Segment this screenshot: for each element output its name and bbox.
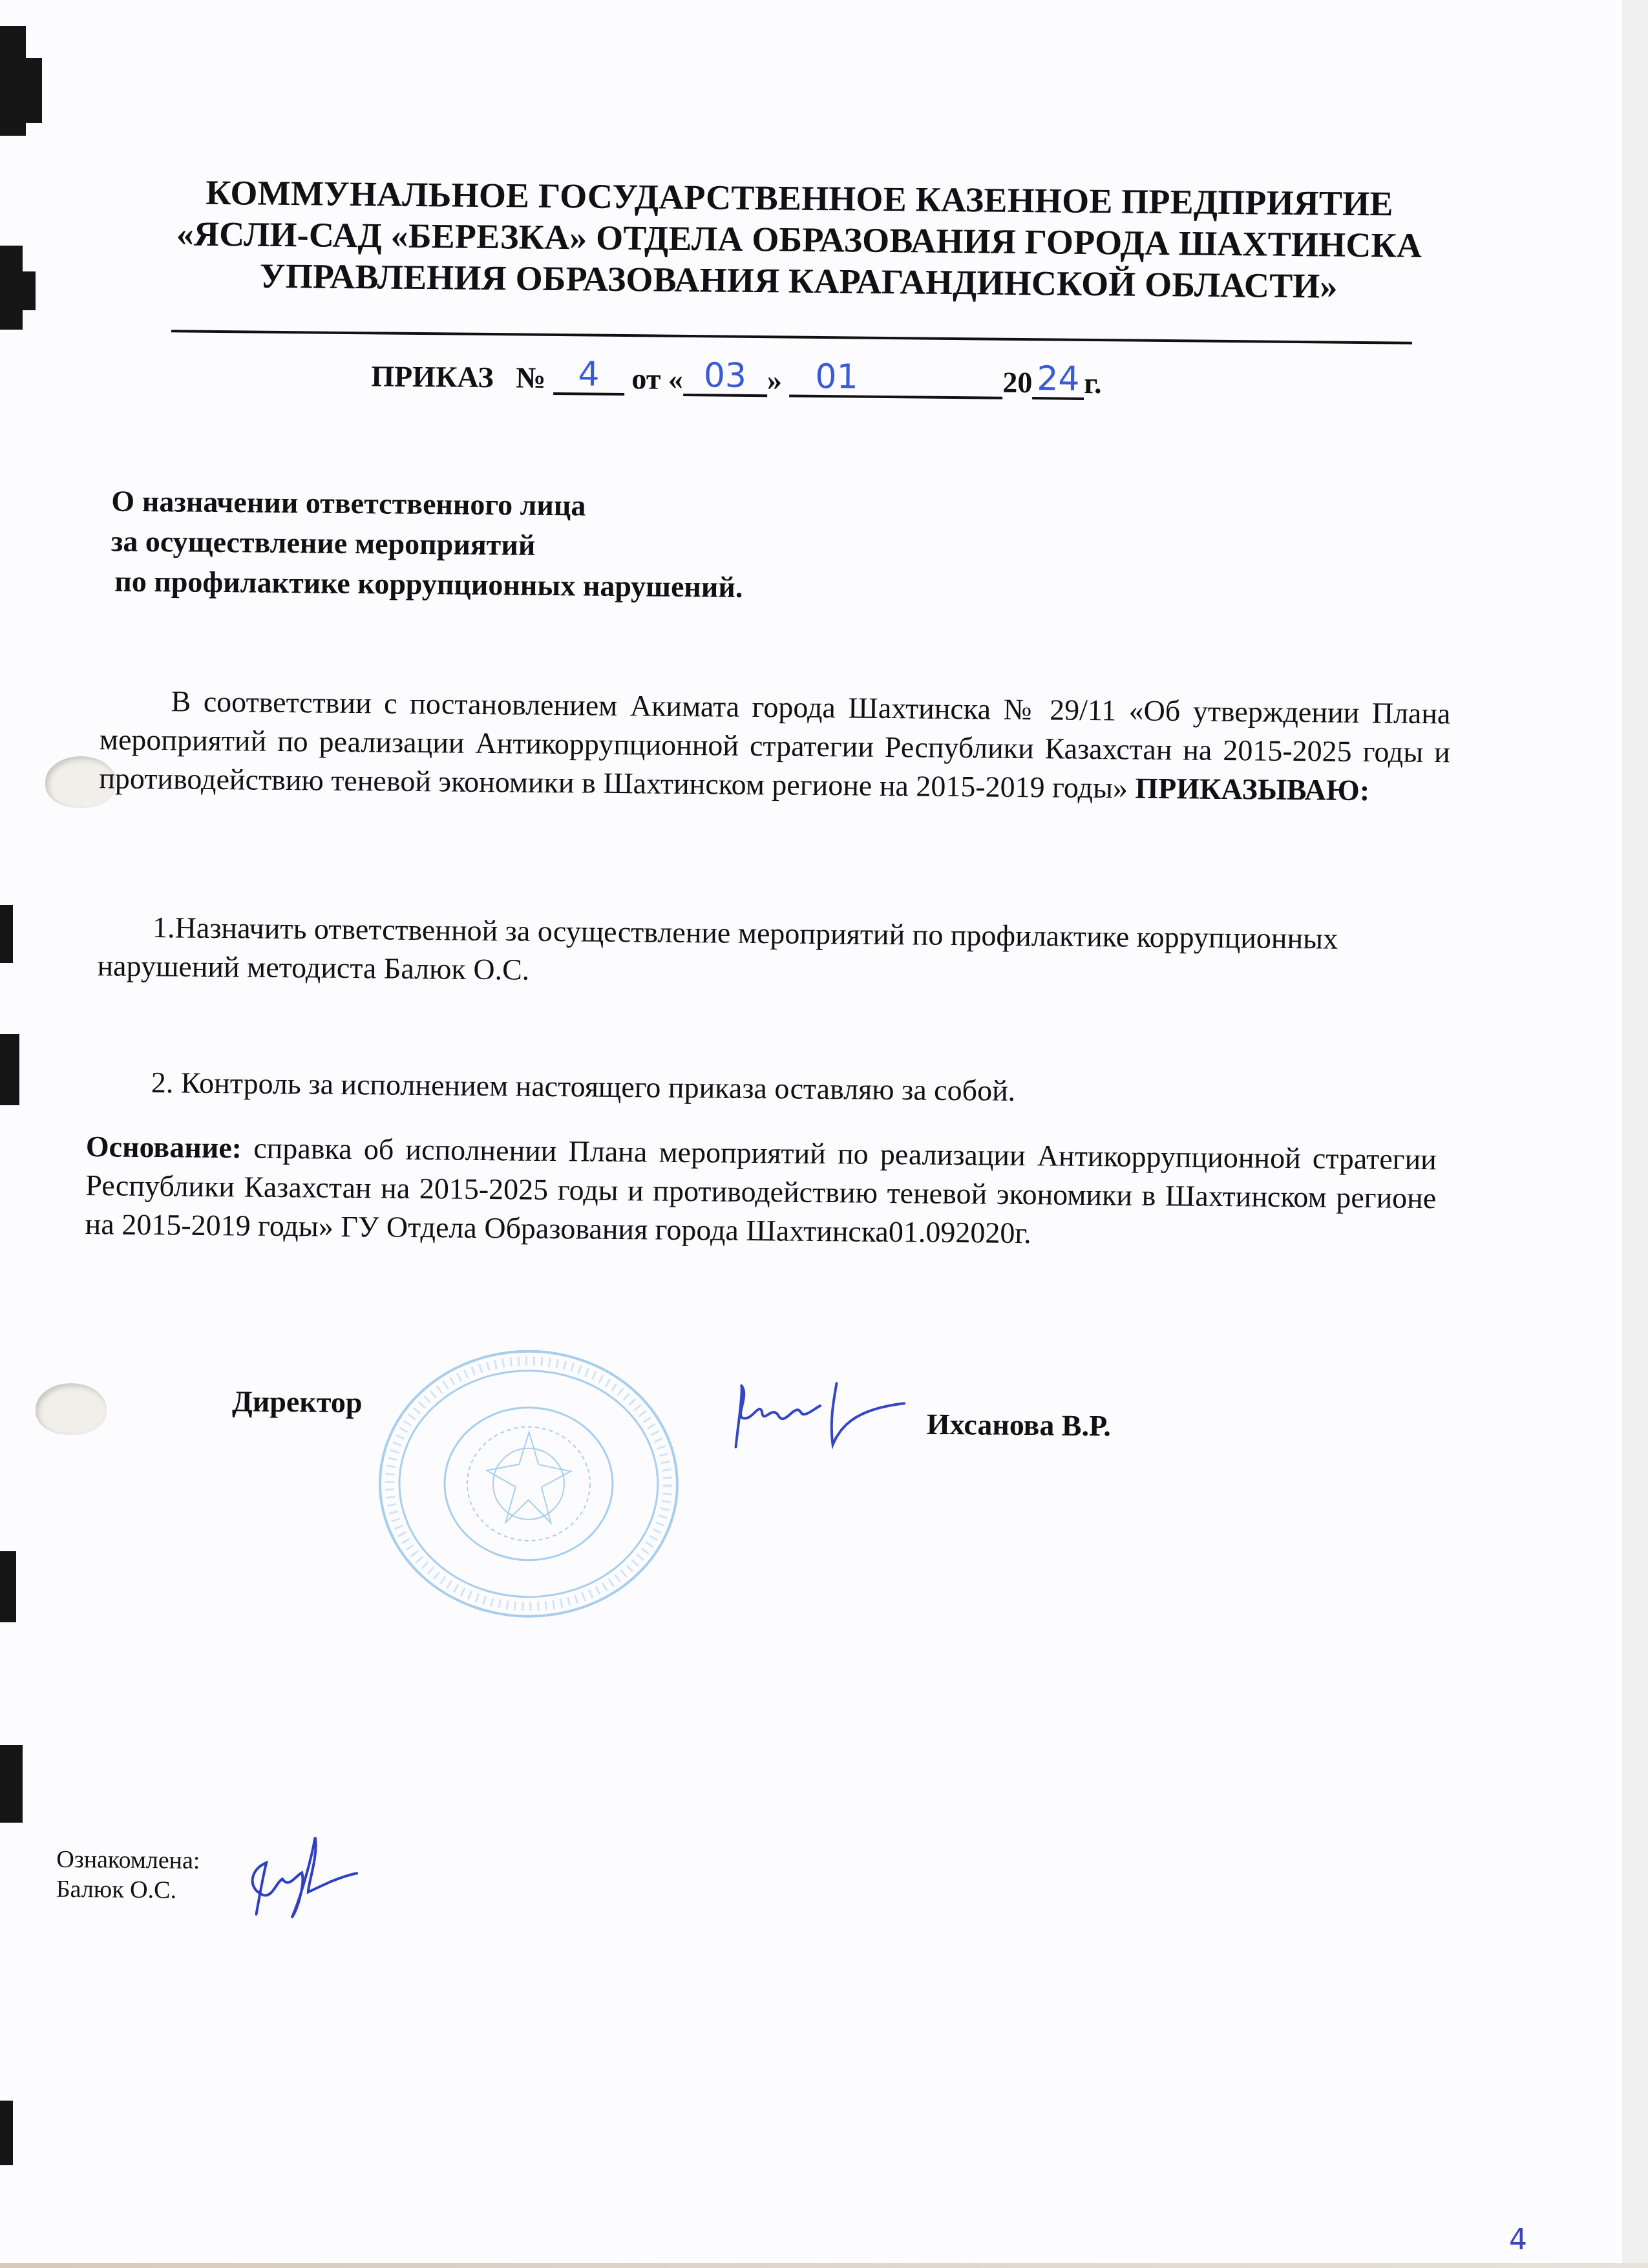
- subject-line: О назначении ответственного лица: [111, 481, 744, 527]
- order-number: 4: [553, 357, 624, 392]
- director-name: Ихсанова В.Р.: [927, 1407, 1112, 1443]
- number-sign: №: [516, 361, 546, 394]
- order-month: 01: [789, 360, 1002, 396]
- document-page: КОММУНАЛЬНОЕ ГОСУДАРСТВЕННОЕ КАЗЕННОЕ ПР…: [0, 0, 1648, 2268]
- year-prefix: 20: [1002, 366, 1032, 399]
- subject-line: за осуществление мероприятий: [111, 521, 744, 567]
- scan-artifact: [0, 1034, 78, 1118]
- signatory-position: Директор: [232, 1384, 363, 1419]
- order-year-suffix: 24: [1032, 362, 1084, 396]
- basis-text: справка об исполнении Плана мероприятий …: [85, 1132, 1437, 1250]
- order-word: ПРИКАЗЫВАЮ:: [1135, 772, 1369, 807]
- acknowledgement-signature-icon: [237, 1830, 360, 1928]
- order-number-blank: 4: [553, 356, 625, 396]
- basis-paragraph: Основание: справка об исполнении Плана м…: [85, 1127, 1437, 1256]
- scan-bottom-edge: [0, 2263, 1648, 2268]
- scan-right-edge: [1622, 0, 1648, 2268]
- organization-header: КОММУНАЛЬНОЕ ГОСУДАРСТВЕННОЕ КАЗЕННОЕ ПР…: [120, 171, 1479, 308]
- close-quote: »: [767, 363, 782, 396]
- subject-line: по профилактике коррупционных нарушений.: [111, 561, 743, 607]
- acknowledgement-label: Ознакомлена:: [56, 1845, 200, 1876]
- order-label: ПРИКАЗ: [371, 359, 494, 394]
- order-item-2: 2. Контроль за исполнением настоящего пр…: [151, 1063, 1502, 1115]
- punch-hole: [36, 1383, 107, 1435]
- scan-artifact: [0, 1745, 78, 1829]
- order-day: 03: [683, 359, 767, 393]
- official-stamp-icon: [366, 1340, 692, 1627]
- scan-artifact: [0, 1551, 78, 1629]
- preamble-paragraph: В соответствии с постановлением Акимата …: [99, 681, 1451, 811]
- header-divider: [171, 330, 1412, 344]
- order-subject: О назначении ответственного лица за осущ…: [111, 481, 744, 607]
- open-quote: «: [668, 363, 683, 396]
- order-title-line: ПРИКАЗ № 4 от «03» 012024г.: [371, 354, 1102, 400]
- year-end: г.: [1084, 366, 1102, 399]
- scan-artifact: [0, 246, 78, 336]
- scan-artifact: [0, 19, 78, 149]
- acknowledgement-name: Балюк О.С.: [56, 1874, 200, 1905]
- scan-artifact: [0, 2101, 78, 2178]
- month-blank: 01: [789, 359, 1003, 399]
- document-content: КОММУНАЛЬНОЕ ГОСУДАРСТВЕННОЕ КАЗЕННОЕ ПР…: [0, 0, 1648, 8]
- order-item-1: 1.Назначить ответственной за осуществлен…: [97, 907, 1448, 998]
- basis-label: Основание:: [86, 1130, 242, 1164]
- scan-artifact: [0, 892, 78, 970]
- acknowledgement: Ознакомлена: Балюк О.С.: [56, 1845, 200, 1905]
- from-label: от: [631, 362, 660, 395]
- day-blank: 03: [683, 357, 768, 397]
- year-blank: 24: [1032, 361, 1084, 400]
- page-number: 4: [1509, 2223, 1527, 2256]
- director-signature-icon: [723, 1376, 917, 1456]
